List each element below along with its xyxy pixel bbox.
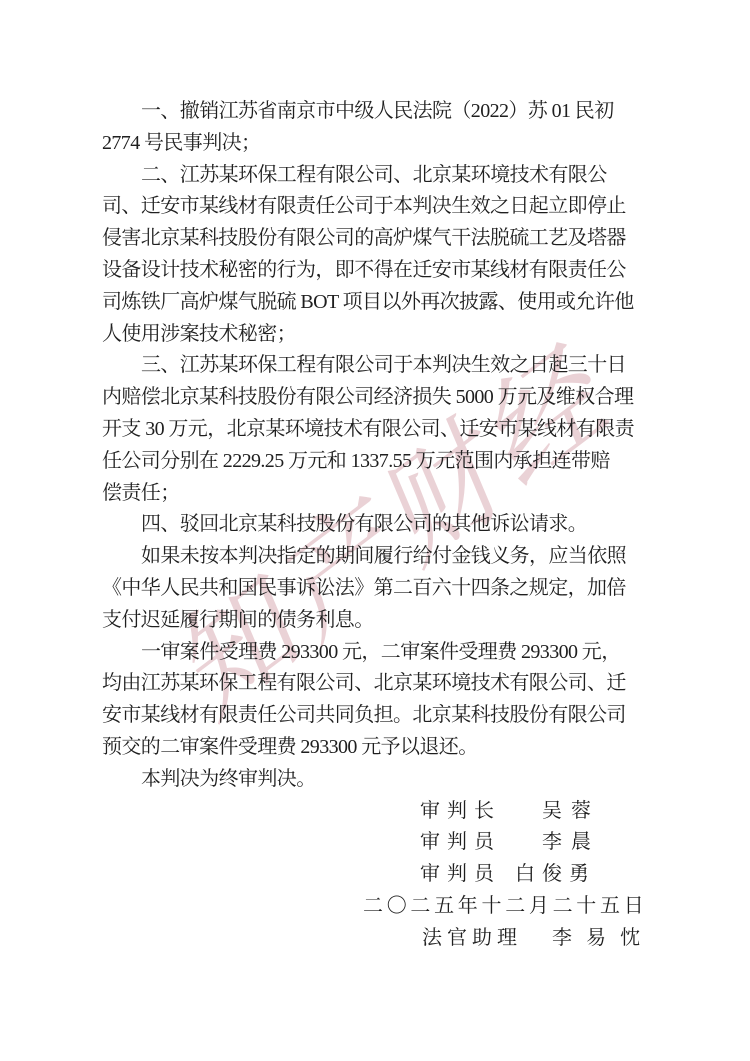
judgment-text-line: 设备设计技术秘密的行为，即不得在迁安市某线材有限责任公 [102, 255, 662, 287]
judgment-text-line: 人使用涉案技术秘密； [102, 319, 662, 351]
judgment-text-line: 任公司分别在 2229.25 万元和 1337.55 万元范围内承担连带赔 [102, 446, 662, 478]
judgment-text-line: 如果未按本判决指定的期间履行给付金钱义务，应当依照 [102, 541, 662, 573]
judgment-document-page: 知产财经 一、撤销江苏省南京市中级人民法院（2022）苏 01 民初2774 号… [0, 0, 750, 1061]
judgment-text-line: 安市某线材有限责任公司共同负担。北京某科技股份有限公司 [102, 700, 662, 732]
judgment-text-line: 预交的二审案件受理费 293300 元予以退还。 [102, 732, 662, 764]
judgment-text-line: 司、迁安市某线材有限责任公司于本判决生效之日起立即停止 [102, 191, 662, 223]
judgment-body-lines: 一、撤销江苏省南京市中级人民法院（2022）苏 01 民初2774 号民事判决；… [102, 96, 662, 796]
judgment-body: 一、撤销江苏省南京市中级人民法院（2022）苏 01 民初2774 号民事判决；… [102, 96, 662, 955]
judgment-text-line: 2774 号民事判决； [102, 128, 662, 160]
judgment-text-line: 开支 30 万元，北京某环境技术有限公司、迁安市某线材有限责 [102, 414, 662, 446]
judgment-text-line: 四、驳回北京某科技股份有限公司的其他诉讼请求。 [102, 509, 662, 541]
judgment-text-line: 偿责任； [102, 478, 662, 510]
assistant-role-label: 法官助理 [422, 927, 522, 949]
signature-name: 李晨 [542, 827, 600, 859]
judgment-text-line: 《中华人民共和国民事诉讼法》第二百六十四条之规定，加倍 [102, 573, 662, 605]
judgment-text-line: 一、撤销江苏省南京市中级人民法院（2022）苏 01 民初 [102, 96, 662, 128]
judgment-text-line: 均由江苏某环保工程有限公司、北京某环境技术有限公司、迁 [102, 668, 662, 700]
signature-name: 吴蓉 [542, 796, 600, 828]
judgment-text-line: 内赔偿北京某科技股份有限公司经济损失 5000 万元及维权合理 [102, 382, 662, 414]
assistant-row: 法官助理李易忱 [102, 923, 662, 955]
judgment-text-line: 司炼铁厂高炉煤气脱硫 BOT 项目以外再次披露、使用或允许他 [102, 287, 662, 319]
judgment-text-line: 本判决为终审判决。 [102, 764, 662, 796]
judgment-text-line: 三、江苏某环保工程有限公司于本判决生效之日起三十日 [102, 350, 662, 382]
signature-role-label: 审判长 [420, 800, 501, 822]
signature-row: 审判长吴蓉 [102, 796, 662, 828]
signature-row: 审判员李晨 [102, 827, 662, 859]
judgment-text-line: 一审案件受理费 293300 元，二审案件受理费 293300 元， [102, 637, 662, 669]
judgment-text-line: 二、江苏某环保工程有限公司、北京某环境技术有限公 [102, 160, 662, 192]
judgment-text-line: 支付迟延履行期间的债务利息。 [102, 605, 662, 637]
signature-block: 审判长吴蓉审判员李晨审判员白俊勇 [102, 796, 662, 891]
judgment-text-line: 侵害北京某科技股份有限公司的高炉煤气干法脱硫工艺及塔器 [102, 223, 662, 255]
signature-role-label: 审判员 [420, 831, 501, 853]
signature-name: 白俊勇 [515, 859, 596, 891]
signature-role-label: 审判员 [420, 863, 501, 885]
signature-row: 审判员白俊勇 [102, 859, 662, 891]
assistant-name: 李易忱 [552, 923, 654, 955]
judgment-date: 二〇二五年十二月二十五日 [102, 891, 662, 923]
